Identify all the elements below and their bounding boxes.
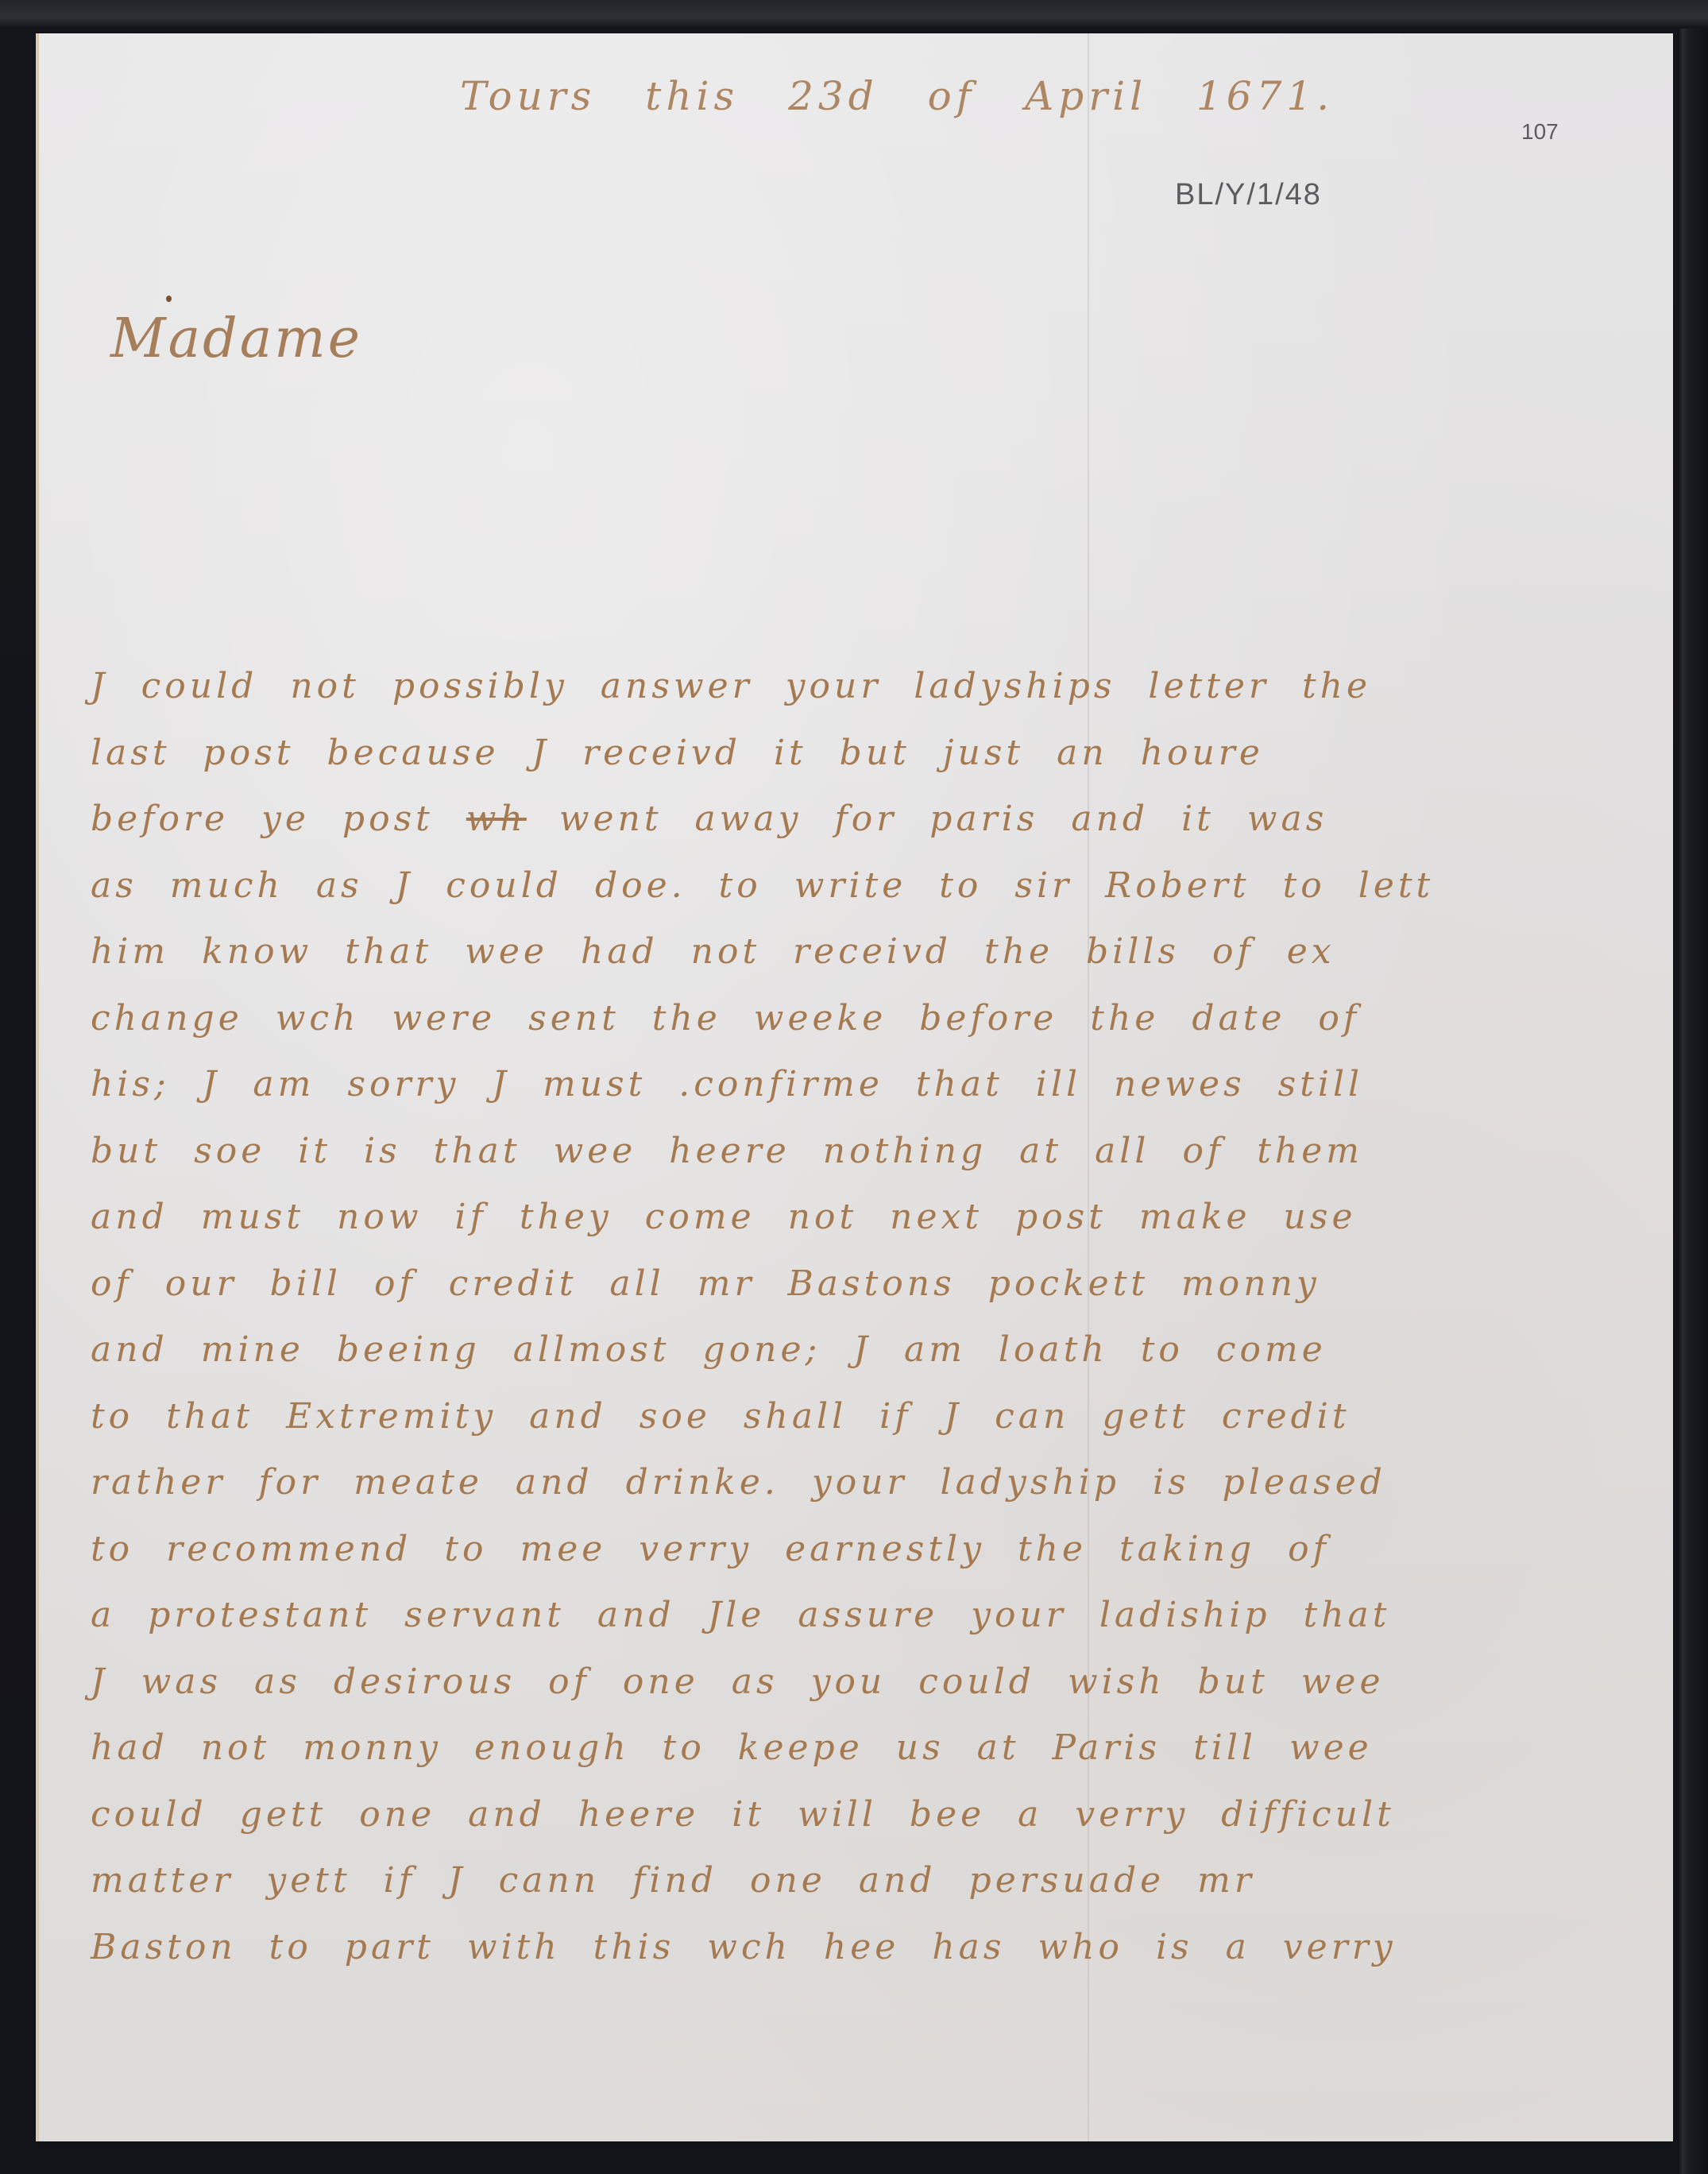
struck-through-word: wh [466, 799, 527, 839]
letter-line: Baston to part with this wch hee has who… [91, 1922, 1671, 1989]
letter-line: and mine beeing allmost gone; J am loath… [91, 1325, 1671, 1391]
letter-line: a protestant servant and Jle assure your… [91, 1590, 1671, 1657]
letter-line: J was as desirous of one as you could wi… [91, 1657, 1671, 1723]
letter-line: last post because J receivd it but just … [91, 728, 1671, 795]
letter-line: him know that wee had not receivd the bi… [91, 926, 1671, 993]
folio-number: 107 [1521, 119, 1559, 145]
letter-body: J could not possibly answer your ladyshi… [91, 661, 1671, 1988]
mount-edge-strip [1678, 29, 1708, 2174]
letter-line: rather for meate and drinke. your ladysh… [91, 1457, 1671, 1524]
letter-line: as much as J could doe. to write to sir … [91, 861, 1671, 927]
ink-blot [166, 296, 172, 302]
letter-line: change wch were sent the weeke before th… [91, 993, 1671, 1060]
line-text: went away for paris and it was [527, 799, 1327, 839]
letter-line: J could not possibly answer your ladyshi… [91, 661, 1671, 728]
letter-line: had not monny enough to keepe us at Pari… [91, 1723, 1671, 1789]
letter-line: and must now if they come not next post … [91, 1192, 1671, 1259]
letter-line: matter yett if J cann find one and persu… [91, 1855, 1671, 1922]
letter-line: of our bill of credit all mr Bastons poc… [91, 1259, 1671, 1325]
letter-line: his; J am sorry J must .confirme that il… [91, 1059, 1671, 1126]
letter-line: to that Extremity and soe shall if J can… [91, 1391, 1671, 1458]
salutation: Madame [110, 308, 362, 370]
letter-line: to recommend to mee verry earnestly the … [91, 1524, 1671, 1591]
letter-line: but soe it is that wee heere nothing at … [91, 1126, 1671, 1193]
letter-line: could gett one and heere it will bee a v… [91, 1789, 1671, 1856]
dateline: Tours this 23d of April 1671. [460, 73, 1334, 119]
line-text: before ye post [91, 799, 466, 839]
manuscript-page: Tours this 23d of April 1671. 107 BL/Y/1… [36, 33, 1673, 2141]
archive-reference: BL/Y/1/48 [1175, 178, 1322, 212]
letter-line: before ye post wh went away for paris an… [91, 794, 1671, 861]
